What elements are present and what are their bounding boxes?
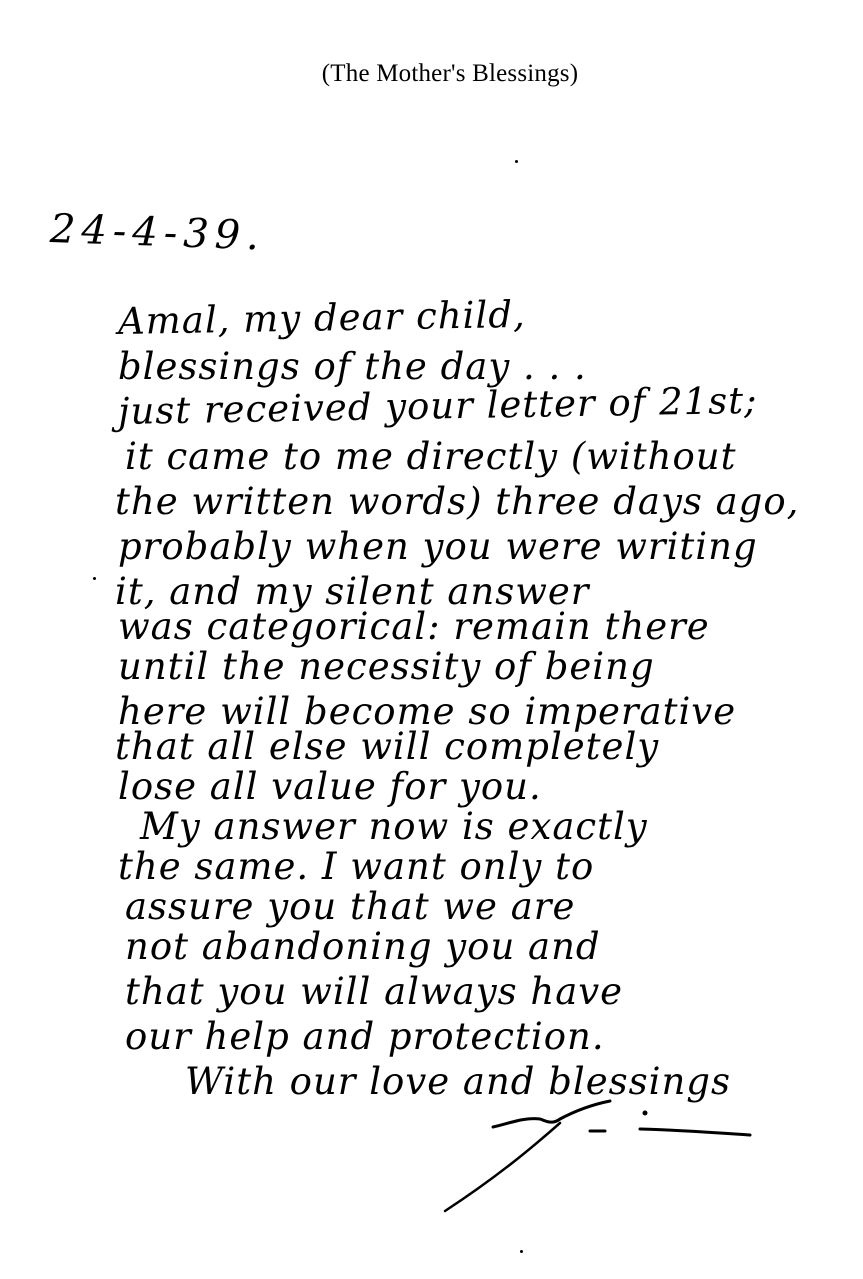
letter-line: My answer now is exactly <box>140 805 648 848</box>
letter-line: until the necessity of being <box>118 645 655 688</box>
ink-dot <box>515 160 518 163</box>
letter-line: not abandoning you and <box>125 925 601 968</box>
letter-line: that all else will completely <box>115 725 659 768</box>
ink-dot <box>93 577 96 580</box>
page-title: (The Mother's Blessings) <box>0 60 863 88</box>
letter-line: Amal, my dear child, <box>118 293 526 343</box>
letter-line: was categorical: remain there <box>118 605 710 648</box>
letter-date: 24-4-39. <box>49 206 265 259</box>
letter-line: lose all value for you. <box>118 765 542 808</box>
letter-line: the same. I want only to <box>118 845 594 888</box>
letter-line: blessings of the day . . . <box>118 345 587 388</box>
signature-mark <box>440 1095 760 1215</box>
letter-line: that you will always have <box>125 970 623 1013</box>
letter-line: probably when you were writing <box>118 525 758 568</box>
letter-line: it came to me directly (without <box>125 435 736 478</box>
letter-line: our help and protection. <box>125 1015 605 1058</box>
ink-dot <box>520 1250 523 1253</box>
letter-line: the written words) three days ago, <box>115 480 799 523</box>
letter-line: assure you that we are <box>125 885 575 928</box>
